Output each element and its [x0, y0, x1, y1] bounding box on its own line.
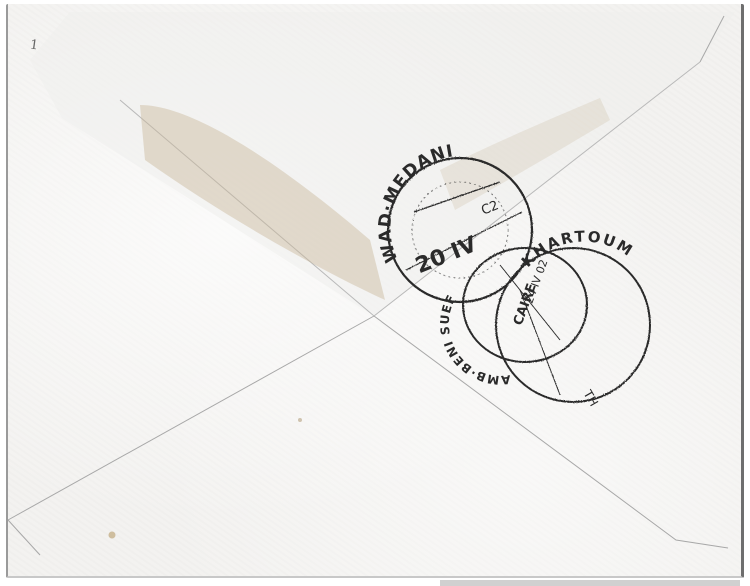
spot: [109, 532, 116, 539]
top-flap: [30, 12, 735, 316]
envelope-scan: WAD·MEDANI 20 IV C2 KHARTOUM TH AMB·BENI…: [0, 0, 750, 586]
spot: [298, 418, 302, 422]
postmark-khartoum-bottom: TH: [580, 387, 601, 409]
envelope-flaps-and-postmarks: WAD·MEDANI 20 IV C2 KHARTOUM TH AMB·BENI…: [0, 0, 750, 586]
scan-edge: [440, 580, 740, 586]
